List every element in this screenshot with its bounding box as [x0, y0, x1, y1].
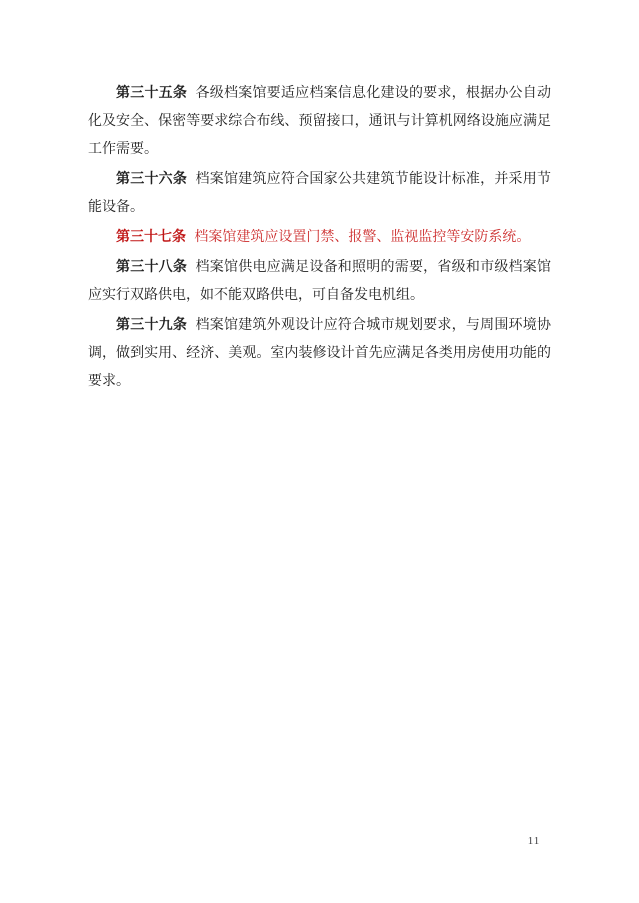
article-number: 第三十五条 — [116, 86, 187, 101]
page-number: 11 — [522, 835, 546, 847]
article-number: 第三十七条 — [116, 230, 186, 245]
article-paragraph-36: 第三十六条档案馆建筑应符合国家公共建筑节能设计标准，并采用节能设备。 — [88, 166, 551, 222]
article-paragraph-37-highlighted: 第三十七条档案馆建筑应设置门禁、报警、监视监控等安防系统。 — [88, 224, 551, 252]
article-number: 第三十九条 — [116, 318, 187, 333]
article-number: 第三十六条 — [116, 172, 187, 187]
article-paragraph-38: 第三十八条档案馆供电应满足设备和照明的需要，省级和市级档案馆应实行双路供电，如不… — [88, 254, 551, 310]
document-page: 第三十五条各级档案馆要适应档案信息化建设的要求，根据办公自动化及安全、保密等要求… — [0, 0, 639, 903]
article-paragraph-35: 第三十五条各级档案馆要适应档案信息化建设的要求，根据办公自动化及安全、保密等要求… — [88, 80, 551, 164]
article-paragraph-39: 第三十九条档案馆建筑外观设计应符合城市规划要求，与周围环境协调，做到实用、经济、… — [88, 312, 551, 396]
article-text: 档案馆建筑应设置门禁、报警、监视监控等安防系统。 — [194, 230, 530, 245]
document-body: 第三十五条各级档案馆要适应档案信息化建设的要求，根据办公自动化及安全、保密等要求… — [88, 80, 551, 398]
article-number: 第三十八条 — [116, 260, 187, 275]
